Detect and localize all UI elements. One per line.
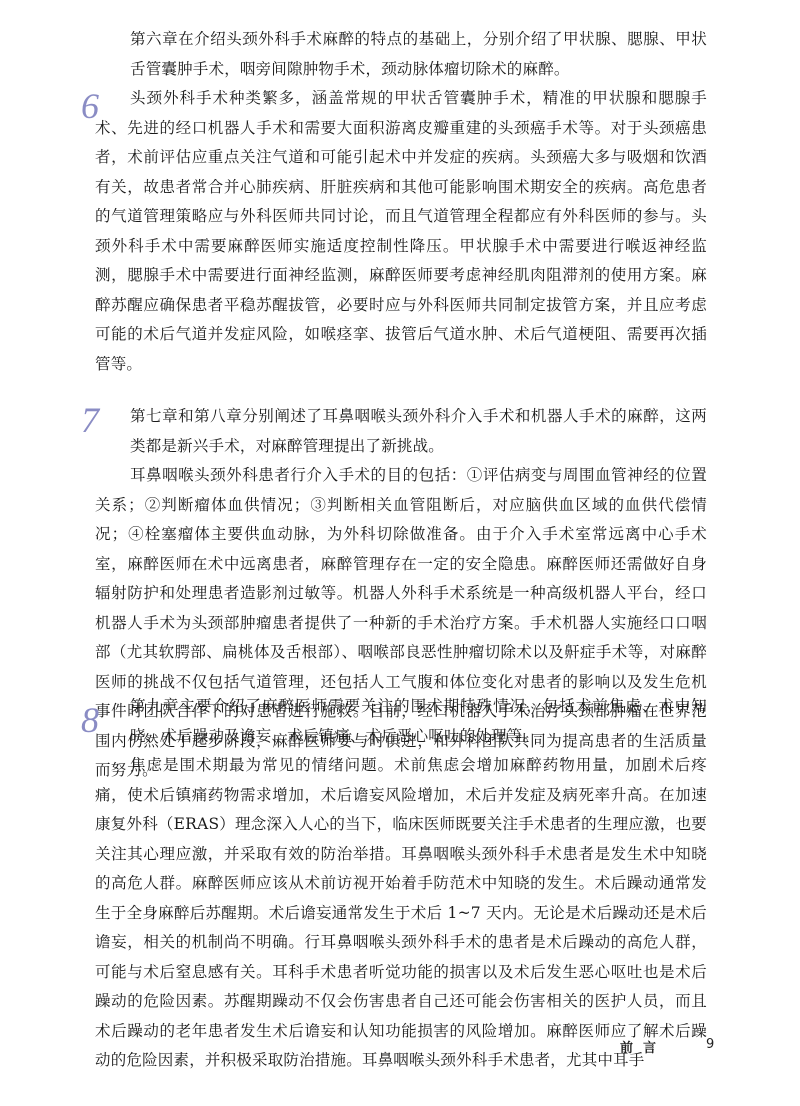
page-number: 9 <box>706 1037 714 1052</box>
page-footer: 前言 9 <box>620 1037 666 1056</box>
body-paragraph: 头颈外科手术种类繁多，涵盖常规的甲状舌管囊肿手术，精准的甲状腺和腮腺手术、先进的… <box>95 84 707 379</box>
section-chapter-6: 6 第六章在介绍头颈外科手术麻醉的特点的基础上，分别介绍了甲状腺、腮腺、甲状舌管… <box>95 25 707 379</box>
chapter-number: 6 <box>81 88 121 124</box>
chapter-number: 7 <box>81 402 121 438</box>
document-page: 6 第六章在介绍头颈外科手术麻醉的特点的基础上，分别介绍了甲状腺、腮腺、甲状舌管… <box>0 0 800 1106</box>
body-paragraph: 焦虑是围术期最为常见的情绪问题。术前焦虑会增加麻醉药物用量，加剧术后疼痛，使术后… <box>95 751 707 1076</box>
running-header-label: 前言 <box>620 1041 666 1056</box>
section-intro: 第九章主要介绍了麻醉医师需要关注的围术期特殊情况，包括术前焦虑、术中知晓、术后躁… <box>130 692 707 751</box>
chapter-number: 8 <box>81 702 121 738</box>
section-intro: 第七章和第八章分别阐述了耳鼻咽喉头颈外科介入手术和机器人手术的麻醉，这两类都是新… <box>130 402 707 461</box>
section-chapter-8: 8 第九章主要介绍了麻醉医师需要关注的围术期特殊情况，包括术前焦虑、术中知晓、术… <box>95 692 707 1076</box>
section-intro: 第六章在介绍头颈外科手术麻醉的特点的基础上，分别介绍了甲状腺、腮腺、甲状舌管囊肿… <box>130 25 707 84</box>
